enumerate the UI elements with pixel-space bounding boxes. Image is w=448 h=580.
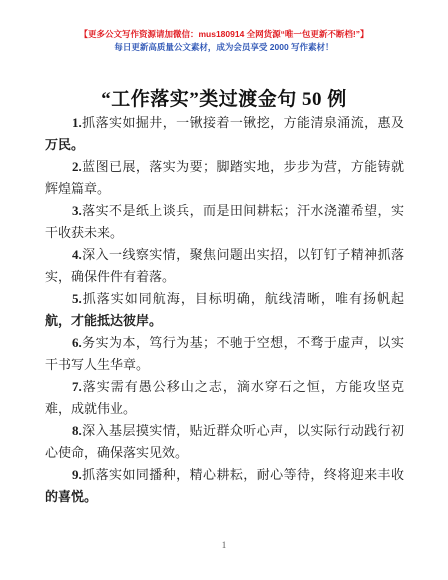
- paragraph-line-1: 3.落实不是纸上谈兵，而是田间耕耘；汗水浇灌希望，实: [45, 200, 404, 222]
- page-footer: 1: [0, 540, 448, 550]
- paragraph-text: 深入一线察实情，聚焦问题出实招，以钉钉子精神抓落: [82, 247, 404, 262]
- body-paragraph: 5.抓落实如同航海，目标明确，航线清晰，唯有扬帆起 航，才能抵达彼岸。: [45, 288, 404, 332]
- paragraph-bold-text: 的喜悦。: [45, 489, 97, 504]
- paragraph-text: 落实不是纸上谈兵，而是田间耕耘；汗水浇灌希望，实: [82, 203, 404, 218]
- promo-line-1: 【更多公文写作资源请加微信：mus180914 全网货源“唯一包更新不断档!”】: [0, 28, 448, 41]
- paragraph-text: 抓落实如同航海，目标明确，航线清晰，唯有扬帆起: [82, 291, 404, 306]
- paragraph-text: 落实需有愚公移山之志，滴水穿石之恒，方能攻坚克: [82, 379, 404, 394]
- paragraph-line-1: 4.深入一线察实情，聚焦问题出实招，以钉钉子精神抓落: [45, 244, 404, 266]
- body-paragraph: 8.深入基层摸实情，贴近群众听心声，以实际行动践行初 心使命，确保落实见效。: [45, 420, 404, 464]
- paragraph-line-2: 辉煌篇章。: [45, 178, 404, 200]
- paragraph-number: 8.: [72, 423, 82, 438]
- paragraph-line-1: 5.抓落实如同航海，目标明确，航线清晰，唯有扬帆起: [45, 288, 404, 310]
- paragraph-number: 1.: [72, 115, 82, 130]
- paragraph-text: 干书写人生华章。: [45, 357, 149, 372]
- paragraph-number: 7.: [72, 379, 82, 394]
- paragraph-bold-text: 万民。: [45, 137, 84, 152]
- document-page: 【更多公文写作资源请加微信：mus180914 全网货源“唯一包更新不断档!”】…: [0, 0, 448, 580]
- paragraph-text: 难，成就伟业。: [45, 401, 136, 416]
- paragraph-number: 2.: [72, 159, 82, 174]
- paragraph-line-2: 万民。: [45, 134, 404, 156]
- paragraph-line-2: 实，确保件件有着落。: [45, 266, 404, 288]
- paragraph-text: 务实为本，笃行为基；不驰于空想，不骛于虚声，以实: [82, 335, 404, 350]
- paragraph-line-1: 8.深入基层摸实情，贴近群众听心声，以实际行动践行初: [45, 420, 404, 442]
- body-paragraph: 4.深入一线察实情，聚焦问题出实招，以钉钉子精神抓落 实，确保件件有着落。: [45, 244, 404, 288]
- paragraph-text: 实，确保件件有着落。: [45, 269, 175, 284]
- paragraph-bold-text: 航，才能抵达彼岸。: [45, 313, 162, 328]
- paragraph-line-1: 2.蓝图已展，落实为要；脚踏实地，步步为营，方能铸就: [45, 156, 404, 178]
- promo-line-2: 每日更新高质量公文素材，成为会员享受 2000 写作素材！: [0, 41, 448, 54]
- paragraph-line-2: 的喜悦。: [45, 486, 404, 508]
- promo-header: 【更多公文写作资源请加微信：mus180914 全网货源“唯一包更新不断档!”】…: [0, 28, 448, 54]
- paragraph-number: 5.: [72, 291, 82, 306]
- paragraph-line-1: 7.落实需有愚公移山之志，滴水穿石之恒，方能攻坚克: [45, 376, 404, 398]
- page-title: “工作落实”类过渡金句 50 例: [0, 84, 448, 111]
- paragraph-line-1: 6.务实为本，笃行为基；不驰于空想，不骛于虚声，以实: [45, 332, 404, 354]
- paragraph-text: 辉煌篇章。: [45, 181, 110, 196]
- document-body: 1.抓落实如掘井，一锹接着一锹挖，方能清泉涌流，惠及 万民。 2.蓝图已展，落实…: [45, 112, 404, 508]
- paragraph-number: 6.: [72, 335, 82, 350]
- paragraph-line-1: 9.抓落实如同播种，精心耕耘，耐心等待，终将迎来丰收: [45, 464, 404, 486]
- paragraph-text: 心使命，确保落实见效。: [45, 445, 188, 460]
- body-paragraph: 1.抓落实如掘井，一锹接着一锹挖，方能清泉涌流，惠及 万民。: [45, 112, 404, 156]
- paragraph-line-2: 心使命，确保落实见效。: [45, 442, 404, 464]
- paragraph-number: 9.: [72, 467, 82, 482]
- paragraph-number: 4.: [72, 247, 82, 262]
- body-paragraph: 3.落实不是纸上谈兵，而是田间耕耘；汗水浇灌希望，实 干收获未来。: [45, 200, 404, 244]
- body-paragraph: 6.务实为本，笃行为基；不驰于空想，不骛于虚声，以实 干书写人生华章。: [45, 332, 404, 376]
- paragraph-text: 深入基层摸实情，贴近群众听心声，以实际行动践行初: [82, 423, 404, 438]
- paragraph-line-2: 航，才能抵达彼岸。: [45, 310, 404, 332]
- paragraph-number: 3.: [72, 203, 82, 218]
- paragraph-line-2: 干书写人生华章。: [45, 354, 404, 376]
- body-paragraph: 7.落实需有愚公移山之志，滴水穿石之恒，方能攻坚克 难，成就伟业。: [45, 376, 404, 420]
- paragraph-line-2: 干收获未来。: [45, 222, 404, 244]
- paragraph-text: 蓝图已展，落实为要；脚踏实地，步步为营，方能铸就: [82, 159, 404, 174]
- paragraph-text: 抓落实如掘井，一锹接着一锹挖，方能清泉涌流，惠及: [82, 115, 404, 130]
- body-paragraph: 2.蓝图已展，落实为要；脚踏实地，步步为营，方能铸就 辉煌篇章。: [45, 156, 404, 200]
- paragraph-line-2: 难，成就伟业。: [45, 398, 404, 420]
- body-paragraph: 9.抓落实如同播种，精心耕耘，耐心等待，终将迎来丰收 的喜悦。: [45, 464, 404, 508]
- paragraph-line-1: 1.抓落实如掘井，一锹接着一锹挖，方能清泉涌流，惠及: [45, 112, 404, 134]
- page-number: 1: [222, 540, 227, 550]
- paragraph-text: 抓落实如同播种，精心耕耘，耐心等待，终将迎来丰收: [82, 467, 404, 482]
- paragraph-text: 干收获未来。: [45, 225, 123, 240]
